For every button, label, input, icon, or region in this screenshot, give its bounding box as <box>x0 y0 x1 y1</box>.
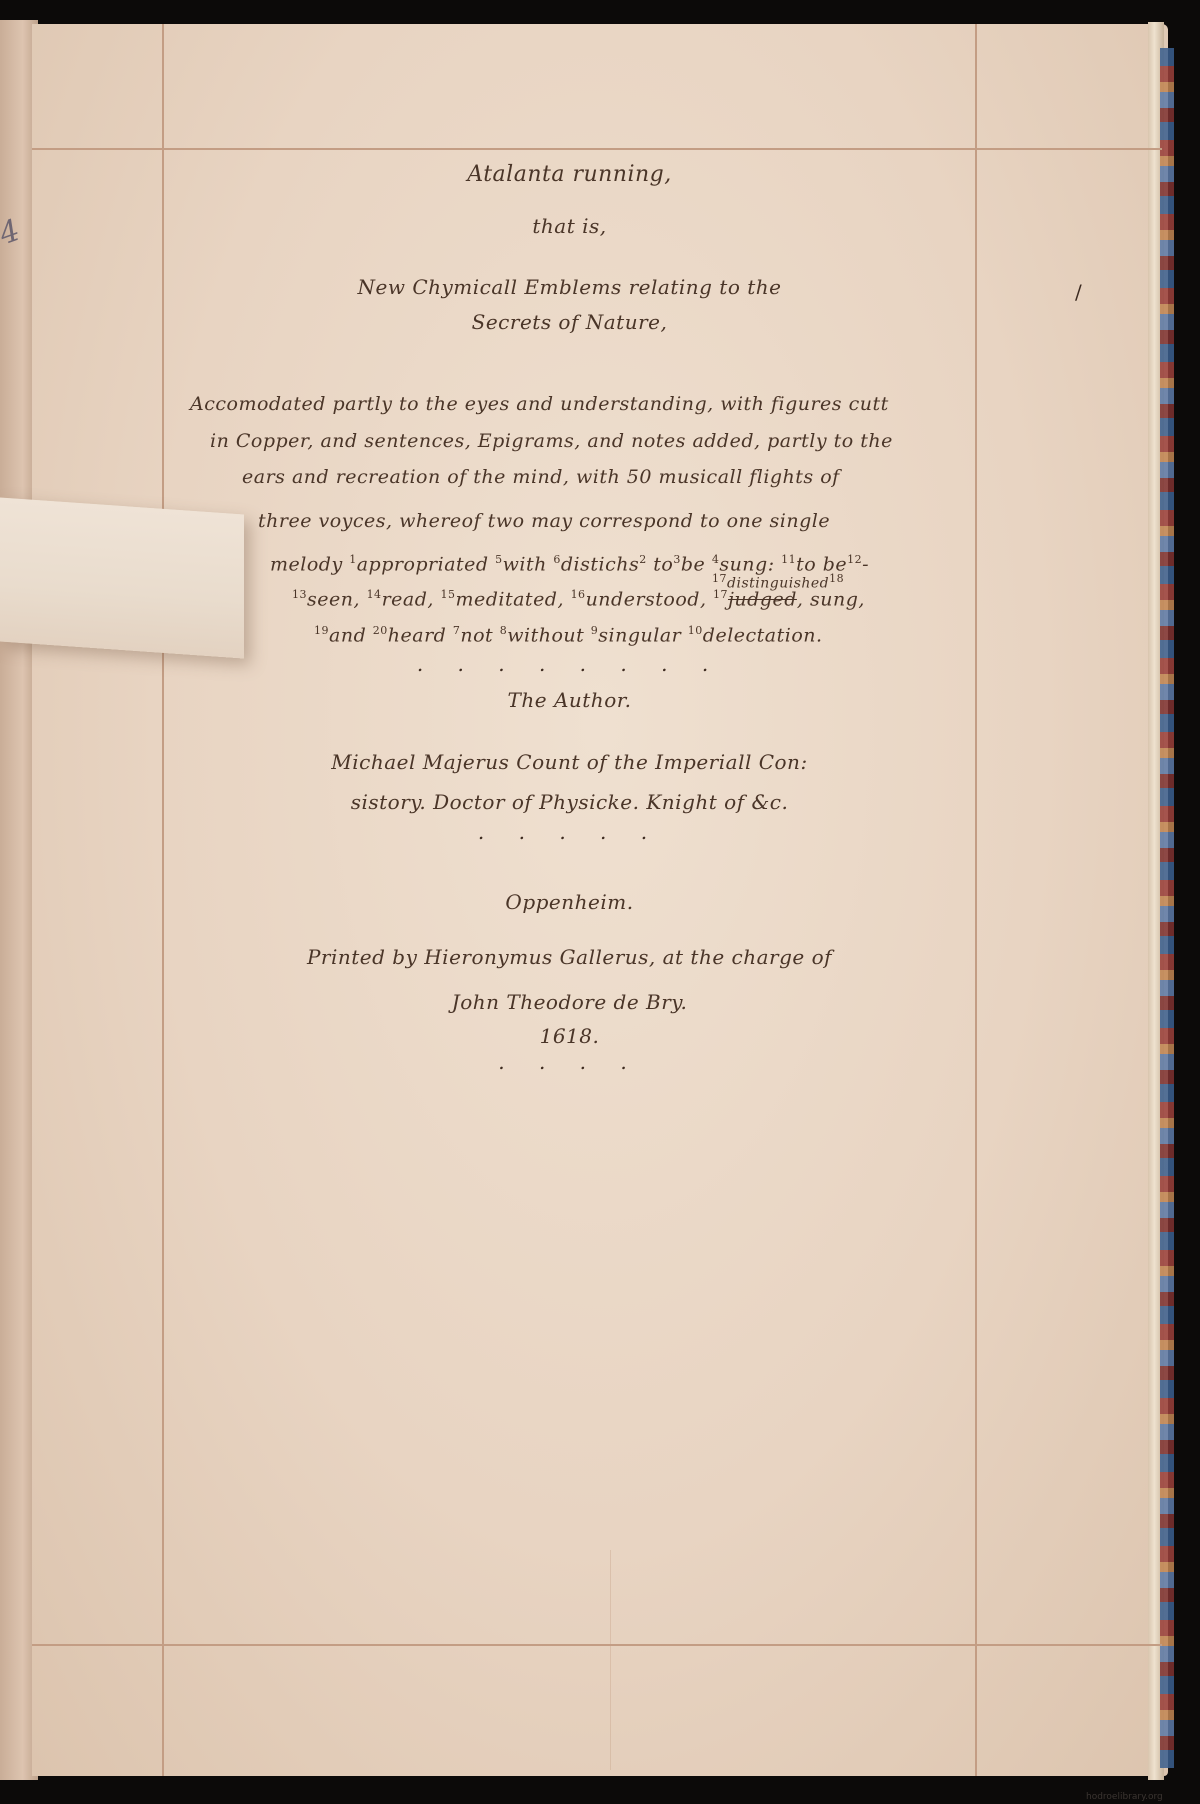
annotation-number: 20 <box>373 624 388 637</box>
place-of-publication: Oppenheim. <box>164 890 975 914</box>
author-line-2: sistory. Doctor of Physicke. Knight of &… <box>164 790 975 814</box>
line-text: to <box>647 553 674 575</box>
ruled-margin-right <box>975 24 977 1776</box>
annotation-number: 5 <box>495 553 503 566</box>
line-text: delectation. <box>703 624 823 646</box>
description-line-2: Secrets of Nature, <box>164 310 975 334</box>
annotation-number: 14 <box>367 588 382 601</box>
struck-word: judged <box>728 588 797 610</box>
marbled-endpaper <box>1160 48 1174 1768</box>
line-text: not <box>460 624 499 646</box>
annotated-line-7: 19and 20heard 7not 8without 9singular 10… <box>314 624 823 646</box>
annotation-number: 1 <box>349 553 357 566</box>
line-text: meditated, <box>455 588 570 610</box>
line-text: understood, <box>586 588 713 610</box>
annotation-number: 11 <box>781 553 796 566</box>
body-line-2: in Copper, and sentences, Epigrams, and … <box>210 430 893 452</box>
line-text: appropriated <box>357 553 495 575</box>
printer-line-1: Printed by Hieronymus Gallerus, at the c… <box>164 945 975 969</box>
line-text: be <box>681 553 712 575</box>
description-line-1: New Chymicall Emblems relating to the <box>164 275 975 299</box>
annotation-number: 17 <box>713 588 728 601</box>
author-heading: The Author. <box>164 688 975 712</box>
line-text: - <box>862 553 869 575</box>
annotation-number: 12 <box>847 553 862 566</box>
separator-dots-2: . . . . . <box>164 820 975 844</box>
ruled-margin-bottom <box>32 1644 1162 1646</box>
annotation-number: 13 <box>292 588 307 601</box>
separator-dots-3: . . . . <box>164 1050 975 1074</box>
body-line-4: three voyces, whereof two may correspond… <box>258 510 830 532</box>
annotated-line-6: 13seen, 14read, 15meditated, 16understoo… <box>292 588 865 610</box>
body-line-3: ears and recreation of the mind, with 50… <box>242 466 840 488</box>
separator-dots-1: . . . . . . . . <box>164 652 975 676</box>
margin-pen-mark: / <box>1075 280 1082 304</box>
line-text: with <box>503 553 554 575</box>
annotation-number: 2 <box>639 553 647 566</box>
line-text: , sung, <box>797 588 865 610</box>
subtitle: that is, <box>164 214 975 238</box>
fold-crease <box>610 1550 611 1770</box>
paper-bookmark-slip[interactable] <box>0 497 244 658</box>
annotation-number: 10 <box>688 624 703 637</box>
watermark-text: hodroelibrary.org <box>1086 1792 1163 1802</box>
annotation-number: 15 <box>440 588 455 601</box>
pencil-annotation: 4 <box>0 213 25 252</box>
annotation-number: 19 <box>314 624 329 637</box>
annotation-number: 6 <box>553 553 561 566</box>
line-text: read, <box>382 588 441 610</box>
annotation-number: 3 <box>673 553 681 566</box>
line-text: without <box>507 624 591 646</box>
printer-line-2: John Theodore de Bry. <box>164 990 975 1014</box>
author-line-1: Michael Majerus Count of the Imperiall C… <box>164 750 975 774</box>
line-text: seen, <box>307 588 367 610</box>
annotation-number: 16 <box>571 588 586 601</box>
line-text: singular <box>598 624 688 646</box>
line-text: distichs <box>561 553 639 575</box>
body-line-1: Accomodated partly to the eyes and under… <box>190 393 889 415</box>
publication-year: 1618. <box>164 1024 975 1048</box>
line-text: heard <box>388 624 453 646</box>
line-text: and <box>329 624 373 646</box>
line-text: melody <box>270 553 349 575</box>
ruled-margin-top <box>32 148 1162 150</box>
title: Atalanta running, <box>164 162 975 187</box>
